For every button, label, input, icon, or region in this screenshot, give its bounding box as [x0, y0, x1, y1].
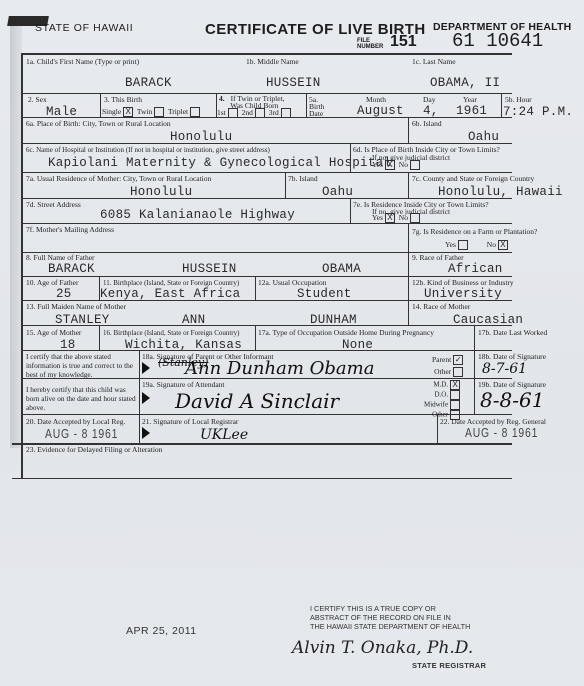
- vrule-sex: [100, 93, 101, 117]
- birth-year: 1961: [456, 104, 487, 118]
- child-last-name: OBAMA, II: [430, 76, 500, 90]
- birth-day: 4,: [423, 104, 439, 118]
- label-1c: 1c. Last Name: [412, 58, 456, 66]
- label-month: Month: [366, 96, 386, 104]
- label-7f: 7f. Mother's Mailing Address: [26, 226, 114, 234]
- birth-limits-no[interactable]: [410, 160, 420, 170]
- label-sex: 2. Sex: [28, 96, 47, 104]
- rule-row18: [22, 350, 512, 351]
- father-last-name: OBAMA: [322, 262, 361, 276]
- mother-age: 18: [60, 338, 76, 352]
- father-occupation: Student: [297, 287, 352, 301]
- vrule-7b: [285, 172, 286, 198]
- local-registrar-signature: UKLee: [200, 427, 248, 443]
- label-7b: 7b. Island: [288, 175, 318, 183]
- child-middle-name: HUSSEIN: [266, 76, 321, 90]
- arrow-marker-18a: [142, 362, 150, 374]
- this-birth-options: SingleX Twin Triplet: [102, 107, 202, 117]
- arrow-marker-19a: [142, 392, 150, 404]
- label-8: 8. Full Name of Father: [26, 254, 95, 262]
- vrule-17b: [474, 325, 475, 350]
- arrow-marker-21: [142, 427, 150, 439]
- birth-month: August: [357, 104, 404, 118]
- label-year: Year: [463, 96, 477, 104]
- mother-last-name: DUNHAM: [310, 313, 357, 327]
- vrule-14: [408, 300, 409, 325]
- label-6b: 6b. Island: [412, 120, 442, 128]
- birth-island: Oahu: [468, 130, 499, 144]
- certification-statement: I CERTIFY THIS IS A TRUE COPY OR ABSTRAC…: [310, 604, 470, 631]
- label-twin-order: 4.If Twin or Triplet, Was Child Born: [219, 95, 285, 109]
- informant-signature: Ann Dunham Obama: [185, 358, 374, 379]
- informant-certification-text: I certify that the above stated informat…: [26, 352, 136, 379]
- father-business: University: [424, 287, 502, 301]
- first-checkbox[interactable]: [228, 108, 238, 118]
- informant-role-options: Parent✓ Other: [432, 354, 465, 378]
- father-middle-name: HUSSEIN: [182, 262, 237, 276]
- triplet-checkbox[interactable]: [190, 107, 200, 117]
- label-12a: 12a. Usual Occupation: [258, 279, 327, 287]
- md-checkbox[interactable]: X: [450, 380, 460, 390]
- label-15: 15. Age of Mother: [26, 329, 81, 337]
- vrule-16: [99, 325, 100, 350]
- label-9: 9. Race of Father: [412, 254, 464, 262]
- label-11: 11. Birthplace (Island, State or Foreign…: [103, 279, 239, 287]
- vrule-7c: [408, 172, 409, 198]
- file-number: 151: [390, 33, 417, 51]
- label-hour: 5b. Hour: [505, 96, 532, 104]
- label-this-birth: 3. This Birth: [104, 96, 142, 104]
- residence-street: 6085 Kalanianaole Highway: [100, 208, 295, 222]
- father-race: African: [448, 262, 503, 276]
- other-informant-checkbox[interactable]: [453, 367, 463, 377]
- label-20: 20. Date Accepted by Local Reg.: [26, 418, 125, 426]
- rule-row10: [22, 276, 512, 277]
- label-6a: 6a. Place of Birth: City, Town or Rural …: [26, 120, 171, 128]
- mother-occupation: None: [342, 338, 373, 352]
- attendant-role-options: M.D.X D.O. Midwife Other: [424, 380, 462, 420]
- label-19a: 19a. Signature of Attendant: [142, 381, 224, 389]
- state-registrar-signature: Alvin T. Onaka, Ph.D.: [292, 638, 473, 658]
- single-checkbox[interactable]: X: [123, 107, 133, 117]
- father-first-name: BARACK: [48, 262, 95, 276]
- vrule-date: [306, 93, 307, 117]
- label-7a: 7a. Usual Residence of Mother: City, Tow…: [26, 175, 211, 183]
- vrule-12a: [255, 276, 256, 300]
- vrule-cert: [139, 350, 140, 443]
- birth-limits-yes[interactable]: X: [385, 160, 395, 170]
- birth-certificate-page: STATE OF HAWAII CERTIFICATE OF LIVE BIRT…: [0, 0, 584, 686]
- label-17b: 17b. Date Last Worked: [478, 329, 547, 337]
- label-1b: 1b. Middle Name: [246, 58, 299, 66]
- vrule-17a: [255, 325, 256, 350]
- label-14: 14. Race of Mother: [412, 303, 470, 311]
- do-checkbox[interactable]: [450, 390, 460, 400]
- rule-row4: [22, 143, 512, 144]
- general-registrar-date-stamp: AUG - 8 1961: [465, 425, 538, 440]
- label-23: 23. Evidence for Delayed Filing or Alter…: [26, 446, 162, 454]
- informant-signature-date: 8-7-61: [482, 361, 527, 377]
- birth-limits-options: YesX No: [372, 160, 422, 170]
- attendant-certification-text: I hereby certify that this child was bor…: [26, 385, 136, 412]
- farm-options: Yes NoX: [445, 240, 510, 250]
- rule-row5: [22, 172, 512, 173]
- label-1a: 1a. Child's First Name (Type or print): [26, 58, 139, 66]
- local-registrar-date-stamp: AUG - 8 1961: [45, 426, 118, 441]
- residence-limits-yes[interactable]: X: [385, 213, 395, 223]
- third-checkbox[interactable]: [281, 108, 291, 118]
- label-day: Day: [423, 96, 436, 104]
- label-13: 13. Full Maiden Name of Mother: [26, 303, 126, 311]
- birth-city: Honolulu: [170, 130, 232, 144]
- vrule-7e: [350, 198, 351, 223]
- mother-middle-name: ANN: [182, 313, 205, 327]
- vrule-6b: [408, 117, 409, 143]
- residence-city: Honolulu: [130, 185, 192, 199]
- mother-race: Caucasian: [453, 313, 523, 327]
- father-birthplace: Kenya, East Africa: [100, 287, 240, 301]
- label-7c: 7c. County and State or Foreign Country: [412, 175, 534, 183]
- farm-no[interactable]: X: [498, 240, 508, 250]
- rule-top: [22, 53, 512, 55]
- label-12b: 12b. Kind of Business or Industry: [412, 279, 514, 287]
- rule-bottom: [12, 478, 512, 479]
- label-17a: 17a. Type of Occupation Outside Home Dur…: [258, 329, 434, 337]
- residence-island: Oahu: [322, 185, 353, 199]
- label-7g: 7g. Is Residence on a Farm or Plantation…: [412, 228, 537, 236]
- parent-checkbox[interactable]: ✓: [453, 355, 463, 365]
- birth-order-options: 1st 2nd 3rd: [217, 108, 293, 118]
- vrule-12b: [408, 276, 409, 300]
- label-6c: 6c. Name of Hospital or Institution (If …: [26, 146, 270, 154]
- label-21: 21. Signature of Local Registrar: [142, 418, 238, 426]
- vrule-9: [408, 252, 409, 276]
- farm-yes[interactable]: [458, 240, 468, 250]
- birth-hospital: Kapiolani Maternity & Gynecological Hosp…: [48, 156, 391, 170]
- label-birth-date: 5a.BirthDate: [309, 96, 324, 117]
- attendant-signature-date: 8-8-61: [480, 388, 544, 412]
- attendant-signature: David A Sinclair: [175, 389, 339, 413]
- vrule-18b: [474, 350, 475, 414]
- file-number-label: FILENUMBER: [357, 38, 383, 50]
- vrule-7g: [408, 223, 409, 252]
- vrule-hour: [501, 93, 502, 117]
- residence-limits-options: YesX No: [372, 213, 422, 223]
- birth-hour: 7:24 P.M.: [503, 105, 573, 119]
- second-checkbox[interactable]: [255, 108, 265, 118]
- department-number: 61 10641: [452, 30, 543, 52]
- midwife-checkbox[interactable]: [450, 400, 460, 410]
- residence-county: Honolulu, Hawaii: [438, 185, 563, 199]
- father-age: 25: [56, 287, 72, 301]
- twin-checkbox[interactable]: [154, 107, 164, 117]
- label-10: 10. Age of Father: [26, 279, 79, 287]
- child-sex: Male: [46, 105, 77, 119]
- issue-date: APR 25, 2011: [126, 625, 197, 637]
- mother-birthplace: Wichita, Kansas: [125, 338, 242, 352]
- state-heading: STATE OF HAWAII: [35, 22, 133, 34]
- state-registrar-title: STATE REGISTRAR: [412, 661, 486, 670]
- mother-first-name: STANLEY: [55, 313, 110, 327]
- residence-limits-no[interactable]: [410, 213, 420, 223]
- label-16: 16. Birthplace (Island, State or Foreign…: [103, 329, 239, 337]
- label-18b: 18b. Date of Signature: [478, 353, 546, 361]
- rule-left: [21, 53, 23, 479]
- label-7d: 7d. Street Address: [26, 201, 81, 209]
- child-first-name: BARACK: [125, 76, 172, 90]
